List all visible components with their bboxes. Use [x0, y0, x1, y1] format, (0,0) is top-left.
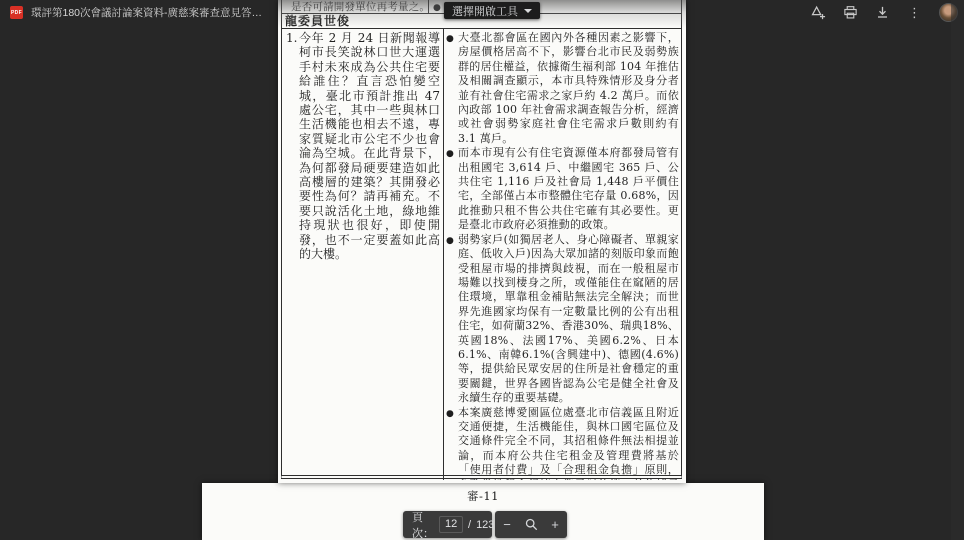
current-page-input[interactable]: 12 — [439, 516, 463, 533]
pdf-file-icon: PDF — [10, 6, 23, 19]
print-icon[interactable] — [843, 5, 858, 20]
header-actions: ⋮ — [811, 0, 958, 25]
page-footer-label: 審-11 — [202, 488, 764, 504]
answer-text: 大臺北都會區在國內外各種因素之影響下，房屋價格居高不下，影響台北市民及弱勢族群的… — [458, 31, 679, 145]
page-indicator-bar: 頁次： 12 / 123 — [403, 511, 492, 538]
page-separator: / — [468, 519, 471, 531]
answer-paragraph: ● 而本市現有公有住宅資源僅本府都發局管有出租國宅 3,614 戶、中繼國宅 3… — [446, 146, 679, 232]
magnifier-icon[interactable] — [520, 511, 542, 538]
document-page: 是否可請開發單位再考量之。 ● 龍委員世俊 1. 今年 2 月 24 日新聞報導… — [278, 0, 686, 483]
download-icon[interactable] — [875, 5, 890, 20]
zoom-controls-bar: − + — [495, 511, 567, 538]
add-to-drive-icon[interactable] — [811, 5, 826, 20]
review-comments-table: 是否可請開發單位再考量之。 ● 龍委員世俊 1. 今年 2 月 24 日新聞報導… — [281, 0, 682, 479]
zoom-out-button[interactable]: − — [496, 511, 518, 538]
vertical-scrollbar[interactable] — [951, 0, 964, 540]
question-cell: 1. 今年 2 月 24 日新聞報導柯市長笑說林口世大運選手村未來成為公共住宅要… — [282, 29, 444, 480]
answer-paragraph: ● 大臺北都會區在國內外各種因素之影響下，房屋價格居高不下，影響台北市民及弱勢族… — [446, 31, 679, 146]
file-title-area: PDF 環評第180次會議討論案資料-廣慈案審查意見答覆說明.pdf — [0, 0, 271, 25]
answer-paragraph: ● 本案廣慈博愛園區位處臺北市信義區且附近交通便捷，生活機能佳，與林口國宅區位及… — [446, 406, 679, 480]
bullet-icon: ● — [446, 147, 454, 161]
chevron-down-icon — [524, 9, 532, 13]
question-number: 1. — [286, 31, 297, 45]
zoom-in-button[interactable]: + — [544, 511, 566, 538]
question-text: 今年 2 月 24 日新聞報導柯市長笑說林口世大運選手村未來成為公共住宅要給誰住… — [299, 31, 440, 261]
page-label: 頁次： — [412, 509, 434, 540]
file-name: 環評第180次會議討論案資料-廣慈案審查意見答覆說明.pdf — [31, 5, 271, 20]
bullet-icon: ● — [446, 234, 454, 248]
previous-comment-tail: 是否可請開發單位再考量之。 — [282, 0, 429, 13]
qa-row: 1. 今年 2 月 24 日新聞報導柯市長笑說林口世大運選手村未來成為公共住宅要… — [282, 29, 681, 480]
answer-cell: ● 大臺北都會區在國內外各種因素之影響下，房屋價格居高不下，影響台北市民及弱勢族… — [444, 29, 681, 480]
more-options-icon[interactable]: ⋮ — [907, 5, 922, 20]
bullet-icon: ● — [433, 3, 441, 13]
answer-text: 弱勢家戶(如獨居老人、身心障礙者、單親家庭、低收入戶)因為大眾加諸的刻版印象而飽… — [458, 233, 679, 404]
answer-paragraph: ● 弱勢家戶(如獨居老人、身心障礙者、單親家庭、低收入戶)因為大眾加諸的刻版印象… — [446, 233, 679, 406]
answer-text: 本案廣慈博愛園區位處臺北市信義區且附近交通便捷，生活機能佳，與林口國宅區位及交通… — [458, 406, 679, 480]
bullet-icon: ● — [446, 32, 454, 46]
open-with-label: 選擇開啟工具 — [452, 3, 518, 19]
bullet-icon: ● — [446, 407, 454, 421]
open-with-button[interactable]: 選擇開啟工具 — [444, 2, 540, 19]
answer-text: 而本市現有公有住宅資源僅本府都發局管有出租國宅 3,614 戶、中繼國宅 365… — [458, 146, 679, 231]
total-pages: 123 — [476, 519, 494, 531]
